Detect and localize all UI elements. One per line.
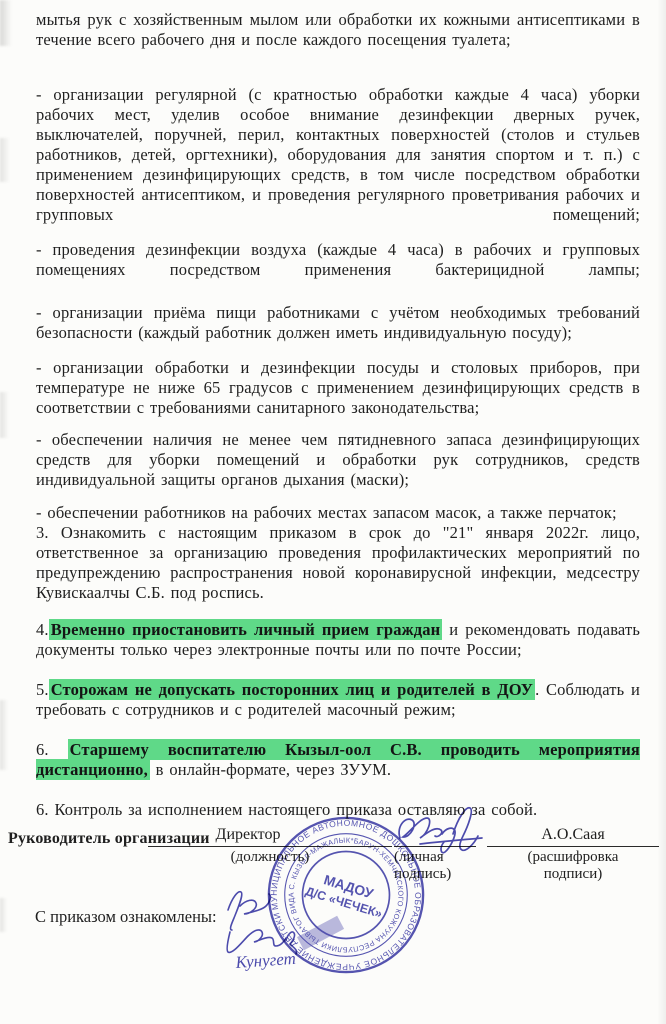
name-caption: (расшифровкаподписи) (487, 849, 659, 883)
signer-name: А.О.Саая (487, 826, 659, 844)
paragraph-regular-cleaning: - организации регулярной (с кратностью о… (36, 85, 640, 225)
paragraph-meals: - организации приёма пищи работниками с … (36, 303, 640, 343)
scanned-order-document: мытья рук с хозяйственным мылом или обра… (0, 0, 666, 1024)
paragraph-disinfectant-stock: - обеспечении наличия не менее чем пятид… (36, 430, 640, 490)
acknowledgment-label: С приказом ознакомлены: (35, 907, 217, 927)
official-seal: МУНИЦИПАЛЬНОЕ АВТОНОМНОЕ ДОШКОЛЬНОЕ ОБРА… (262, 811, 430, 979)
item-5-number: 5. (36, 680, 49, 699)
highlight-suspend-reception: Временно приостановить личный прием граж… (49, 619, 443, 640)
item-4-number: 4. (36, 620, 49, 639)
paragraph-item-5-guards: 5.Сторожам не допускать посторонних лиц … (36, 680, 640, 720)
paragraph-masks-gloves: - обеспечении работников на рабочих мест… (36, 503, 640, 523)
paragraph-dishes-disinfection: - организации обработки и дезинфекции по… (36, 358, 640, 418)
highlight-no-outsiders: Сторожам не допускать посторонних лиц и … (49, 679, 535, 700)
item-6-rest: в онлайн-формате, через ЗУУМ. (150, 760, 391, 779)
paragraph-item-3-acquaint: 3. Ознакомить с настоящим приказом в сро… (36, 523, 640, 603)
paragraph-item-6-remote-events: 6. Старшему воспитателю Кызыл-оол С.В. п… (36, 740, 640, 780)
order-text-body: мытья рук с хозяйственным мылом или обра… (0, 0, 666, 820)
name-column: А.О.Саая (расшифровкаподписи) (487, 826, 659, 883)
item-6-number: 6. (36, 740, 68, 759)
paragraph-hand-washing: мытья рук с хозяйственным мылом или обра… (36, 10, 640, 50)
paragraph-air-disinfection: - проведения дезинфекции воздуха (каждые… (36, 240, 640, 280)
paragraph-item-4-reception: 4.Временно приостановить личный прием гр… (36, 620, 640, 660)
